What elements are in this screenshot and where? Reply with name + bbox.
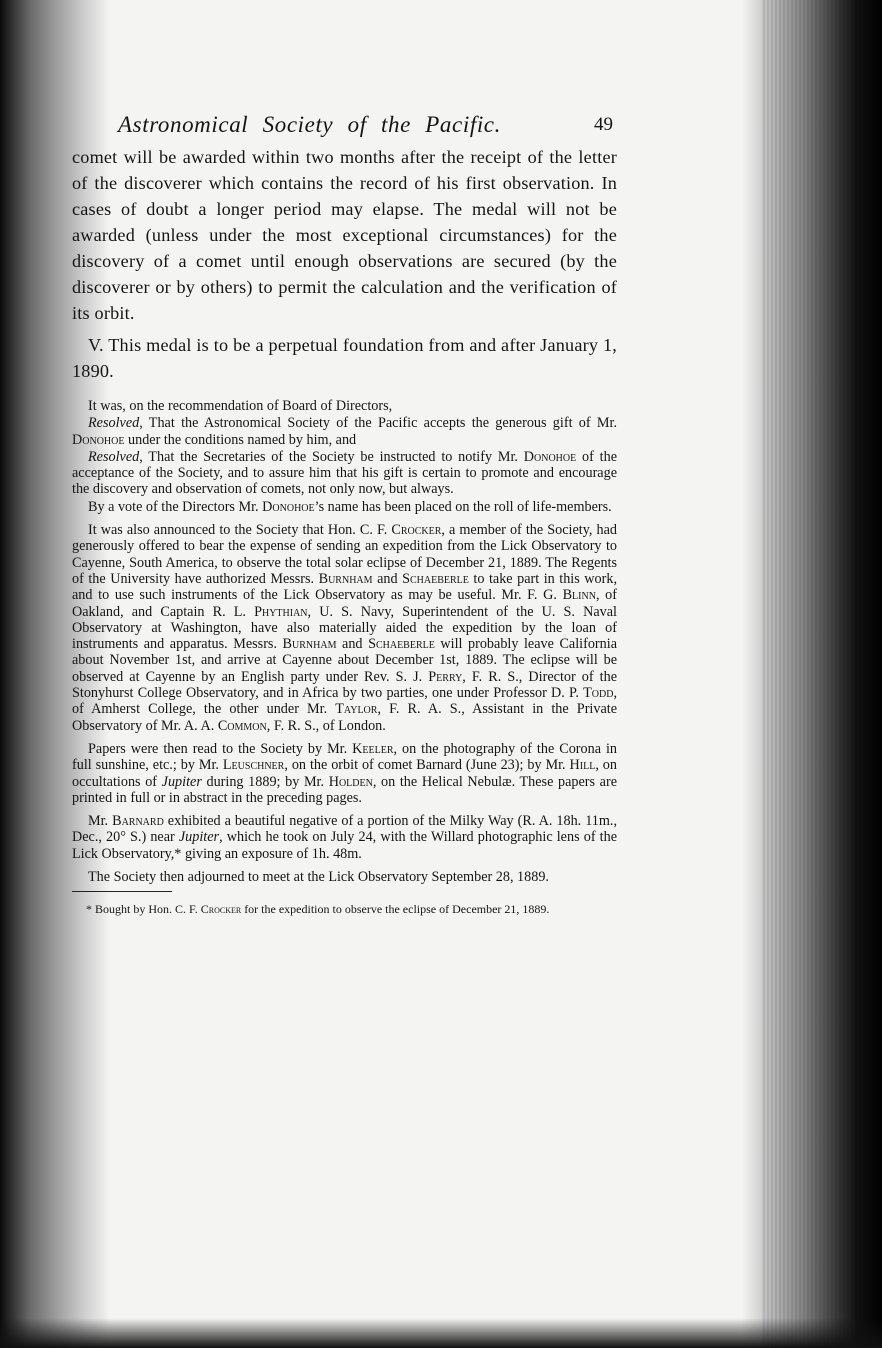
paragraph-barnard-negative: Mr. Barnard exhibited a beautiful negati… xyxy=(72,813,617,862)
main-text: comet will be awarded within two months … xyxy=(72,144,617,384)
paragraph-recommendation: It was, on the recommendation of Board o… xyxy=(72,398,617,414)
paragraph-resolved-1: Resolved, That the Astronomical Society … xyxy=(72,415,617,448)
book-page-edges xyxy=(762,0,862,1348)
paragraph-papers-read: Papers were then read to the Society by … xyxy=(72,741,617,806)
paragraph-resolved-2: Resolved, That the Secretaries of the So… xyxy=(72,449,617,498)
paragraph-rule-v: V. This medal is to be a perpetual found… xyxy=(72,332,617,384)
page-number: 49 xyxy=(594,114,613,136)
paragraph-continuation: comet will be awarded within two months … xyxy=(72,144,617,326)
running-title: Astronomical Society of the Pacific. xyxy=(118,112,501,138)
minutes-text: It was, on the recommendation of Board o… xyxy=(72,398,617,885)
running-head: Astronomical Society of the Pacific. 49 xyxy=(72,108,617,144)
footnote: * Bought by Hon. C. F. Crocker for the e… xyxy=(72,902,617,916)
scan-bottom-shadow xyxy=(0,1318,882,1348)
book-page: Astronomical Society of the Pacific. 49 … xyxy=(72,108,617,916)
footnote-text: * Bought by Hon. C. F. Crocker for the e… xyxy=(72,902,617,916)
paragraph-crocker-expedition: It was also announced to the Society tha… xyxy=(72,522,617,734)
paragraph-vote: By a vote of the Directors Mr. Donohoe’s… xyxy=(72,499,617,515)
paragraph-adjourn: The Society then adjourned to meet at th… xyxy=(72,869,617,885)
footnote-rule xyxy=(72,891,172,892)
